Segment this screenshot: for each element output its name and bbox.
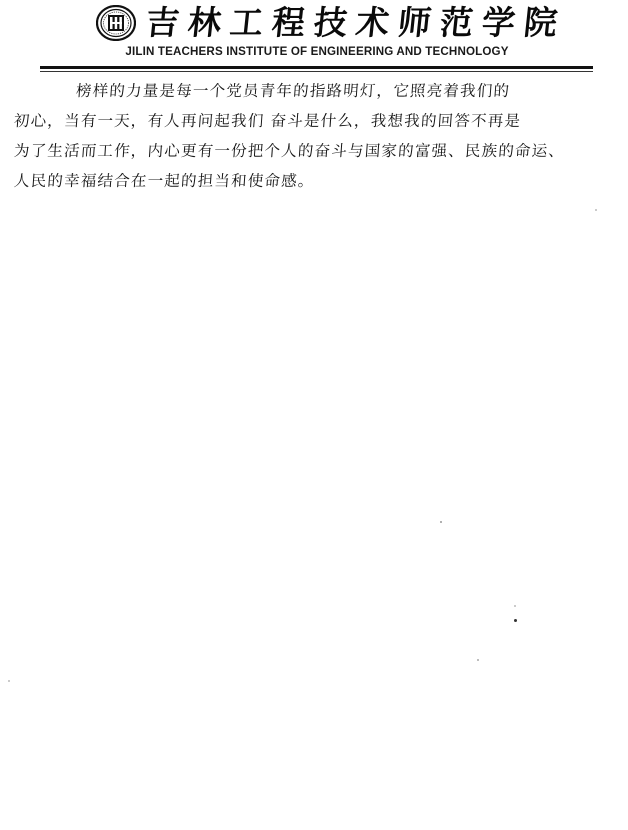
- letterhead: 吉林工程技术师范学院 JILIN TEACHERS INSTITUTE OF E…: [0, 0, 628, 76]
- text-line: 人民的幸福结合在一起的担当和使命感。: [13, 166, 615, 196]
- scan-speck: [8, 680, 10, 682]
- school-emblem-icon: [96, 5, 136, 41]
- scan-speck: [477, 659, 479, 661]
- scan-speck: [514, 619, 517, 622]
- header-divider-thin: [40, 71, 593, 72]
- school-name-chinese: 吉林工程技术师范学院: [144, 3, 568, 43]
- scan-speck: [514, 605, 516, 607]
- handwritten-paragraph: 榜样的力量是每一个党员青年的指路明灯，它照亮着我们的 初心，当有一天，有人再问起…: [14, 76, 614, 196]
- text-line: 为了生活而工作，内心更有一份把个人的奋斗与国家的富强、民族的命运、: [13, 136, 615, 166]
- header-divider-thick: [40, 66, 593, 69]
- school-name-english: JILIN TEACHERS INSTITUTE OF ENGINEERING …: [0, 45, 628, 58]
- brand-row: 吉林工程技术师范学院: [96, 3, 566, 43]
- scan-speck: [595, 209, 597, 211]
- scan-speck: [440, 521, 442, 523]
- text-line: 初心，当有一天，有人再问起我们 奋斗是什么，我想我的回答不再是: [13, 106, 615, 136]
- text-line: 榜样的力量是每一个党员青年的指路明灯，它照亮着我们的: [13, 76, 615, 106]
